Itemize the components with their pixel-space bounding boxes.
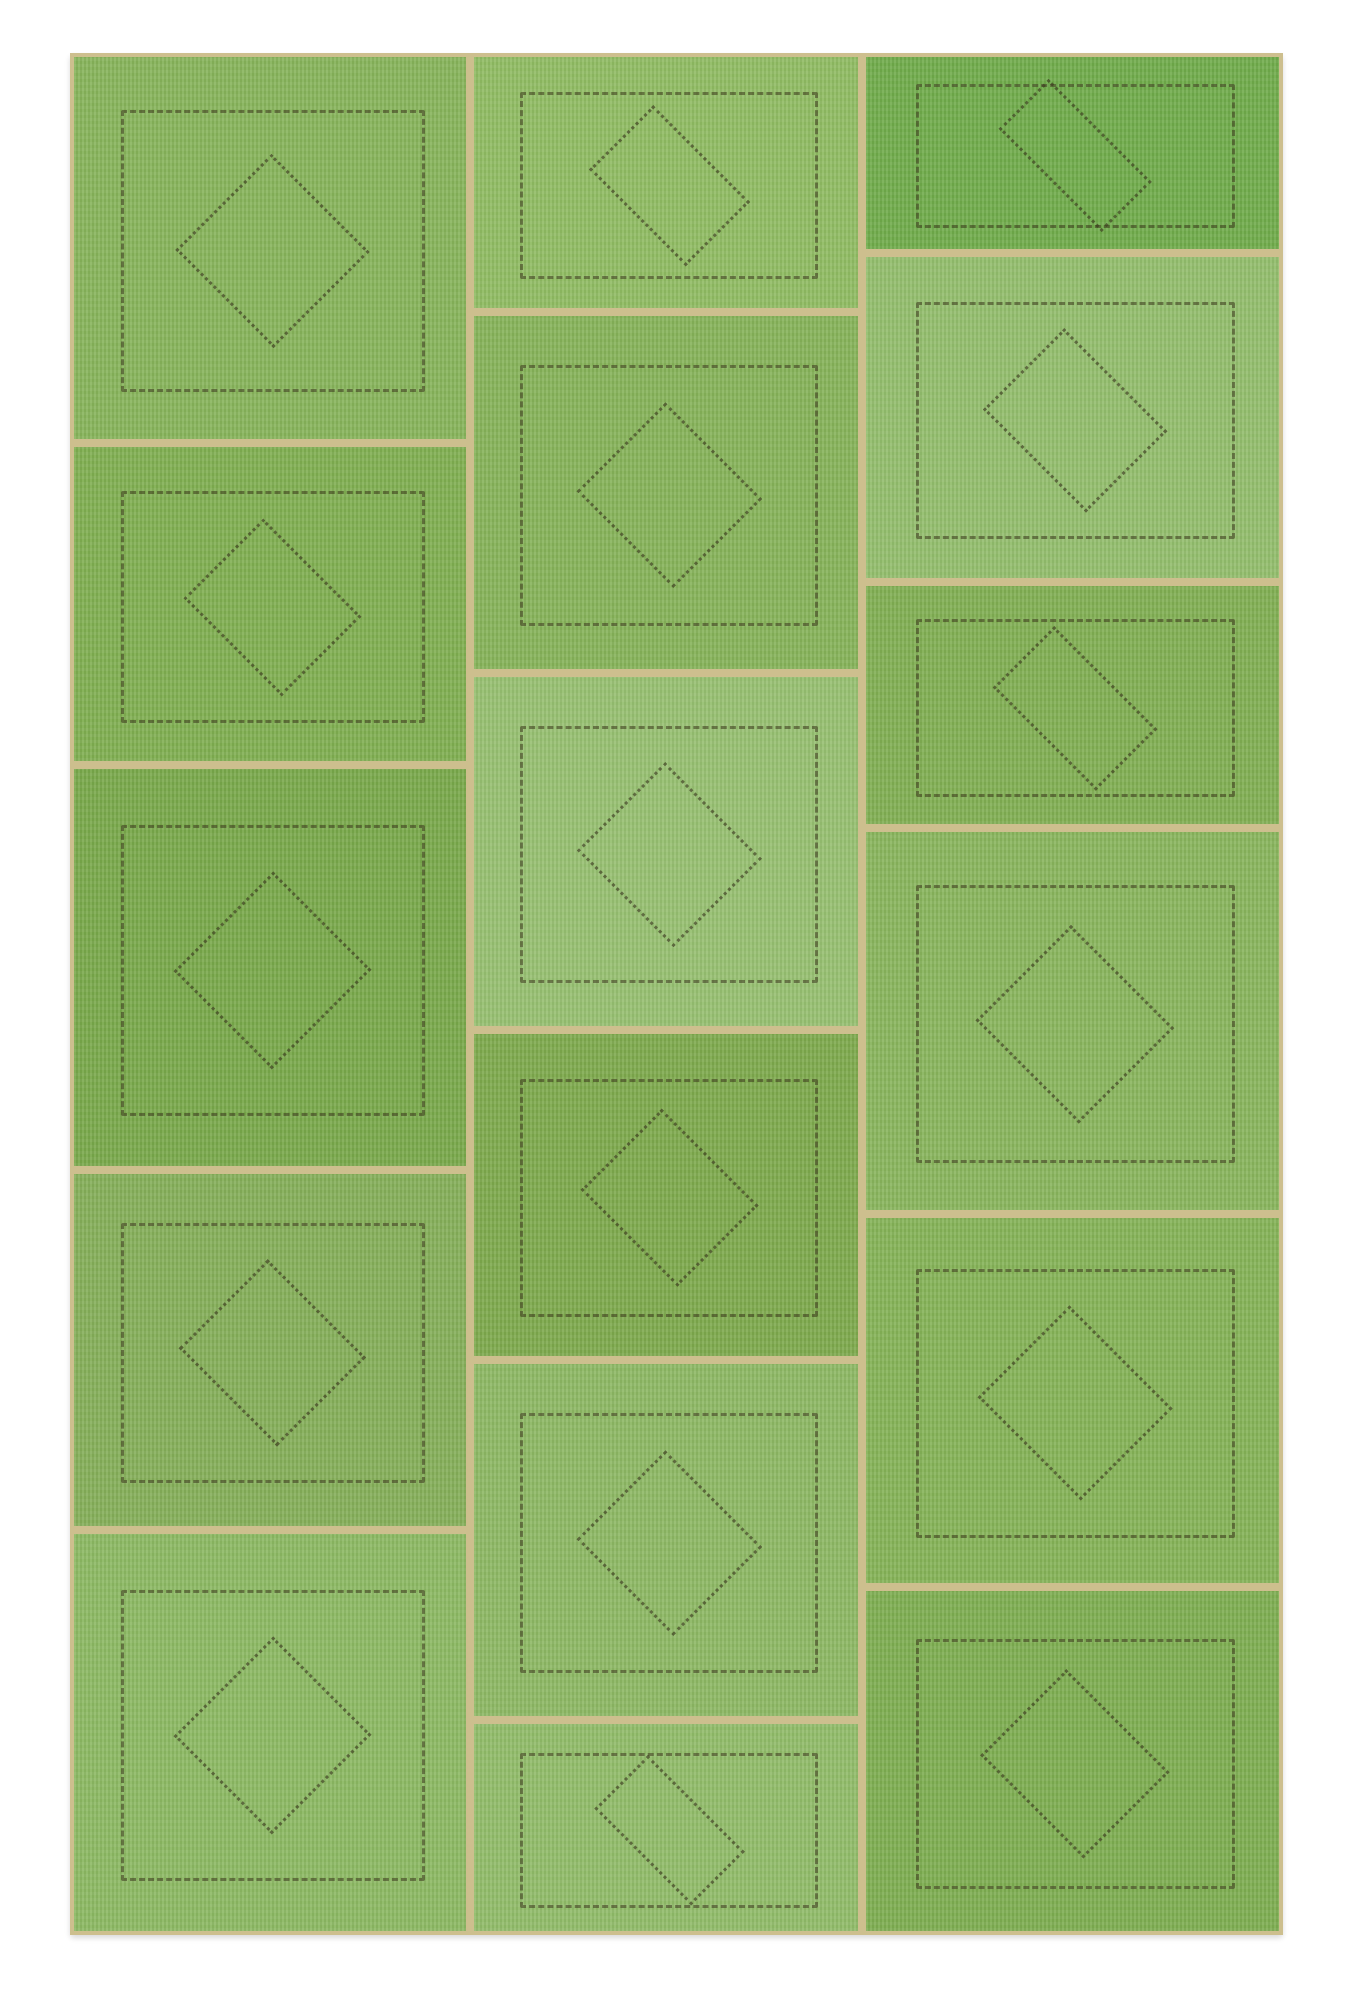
- rug-patch: [470, 53, 862, 312]
- patchwork-rug: [70, 53, 1283, 1935]
- rug-patch: [470, 1360, 862, 1720]
- rug-motif: [174, 871, 372, 1069]
- rug-patch: [470, 673, 862, 1030]
- rug-motif: [174, 1636, 372, 1834]
- rug-patch: [70, 1530, 470, 1935]
- rug-patch: [862, 53, 1283, 253]
- rug-motif: [993, 625, 1158, 790]
- rug-motif: [576, 403, 762, 589]
- rug-patch: [862, 253, 1283, 582]
- rug-patch: [862, 828, 1283, 1214]
- rug-patch: [470, 1720, 862, 1935]
- rug-patch: [862, 582, 1283, 828]
- rug-patch: [470, 312, 862, 673]
- rug-motif: [976, 925, 1175, 1124]
- rug-motif: [981, 1669, 1171, 1859]
- rug-motif: [577, 762, 762, 947]
- rug-motif: [588, 105, 749, 266]
- rug-motif: [999, 79, 1153, 233]
- rug-motif: [978, 1306, 1174, 1502]
- rug-patch: [70, 53, 470, 443]
- rug-patch: [470, 1030, 862, 1360]
- rug-motif: [983, 328, 1168, 513]
- rug-motif: [176, 154, 371, 349]
- rug-patch: [862, 1214, 1283, 1587]
- rug-motif: [594, 1755, 745, 1906]
- rug-motif: [179, 1259, 366, 1446]
- rug-patch: [862, 1587, 1283, 1935]
- rug-motif: [580, 1109, 758, 1287]
- rug-motif: [184, 518, 362, 696]
- rug-motif: [576, 1450, 761, 1635]
- rug-patch: [70, 443, 470, 765]
- rug-patch: [70, 765, 470, 1170]
- rug-patch: [70, 1170, 470, 1530]
